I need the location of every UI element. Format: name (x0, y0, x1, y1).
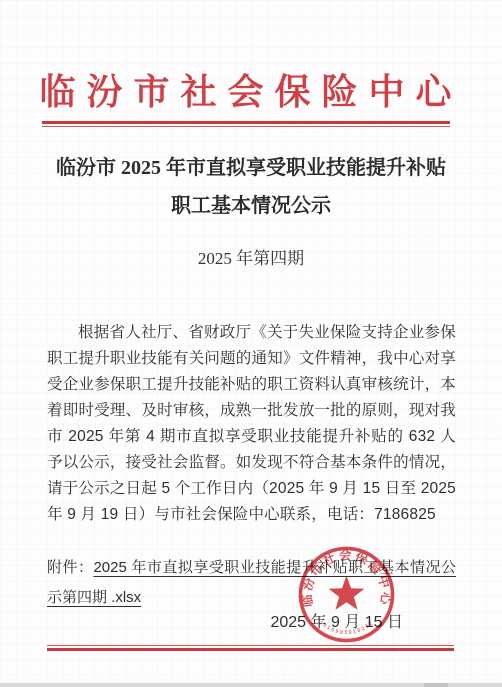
letterhead-org-name: 临汾市社会保险中心 (0, 70, 502, 114)
official-seal: 临汾市社会保险中心 1410983010232 (297, 545, 396, 644)
seal-code-arc: 1410983010232 (318, 620, 376, 636)
notice-title-line1: 临汾市 2025 年市直拟享受职业技能提升补贴 (0, 149, 502, 187)
notice-title-line2: 职工基本情况公示 (0, 187, 502, 225)
notice-body-paragraph: 根据省人社厅、省财政厅《关于失业保险支持企业参保职工提升职业技能有关问题的通知》… (47, 320, 456, 528)
notice-title: 临汾市 2025 年市直拟享受职业技能提升补贴 职工基本情况公示 (0, 149, 502, 225)
document-page: 临汾市社会保险中心 临汾市 2025 年市直拟享受职业技能提升补贴 职工基本情况… (0, 0, 502, 687)
letterhead-divider-thin-line (42, 126, 450, 127)
letterhead-divider (42, 121, 450, 127)
footer-divider (47, 645, 454, 651)
footer-divider-thick-line (47, 648, 454, 651)
letterhead-divider-thick-line (42, 121, 450, 124)
footer-divider-thin-line (47, 645, 454, 646)
attachment-label: 附件： (47, 559, 93, 576)
notice-issue-number: 2025 年第四期 (0, 246, 502, 272)
scrollbar-fragment[interactable] (424, 683, 448, 687)
seal-star-icon (329, 576, 365, 610)
